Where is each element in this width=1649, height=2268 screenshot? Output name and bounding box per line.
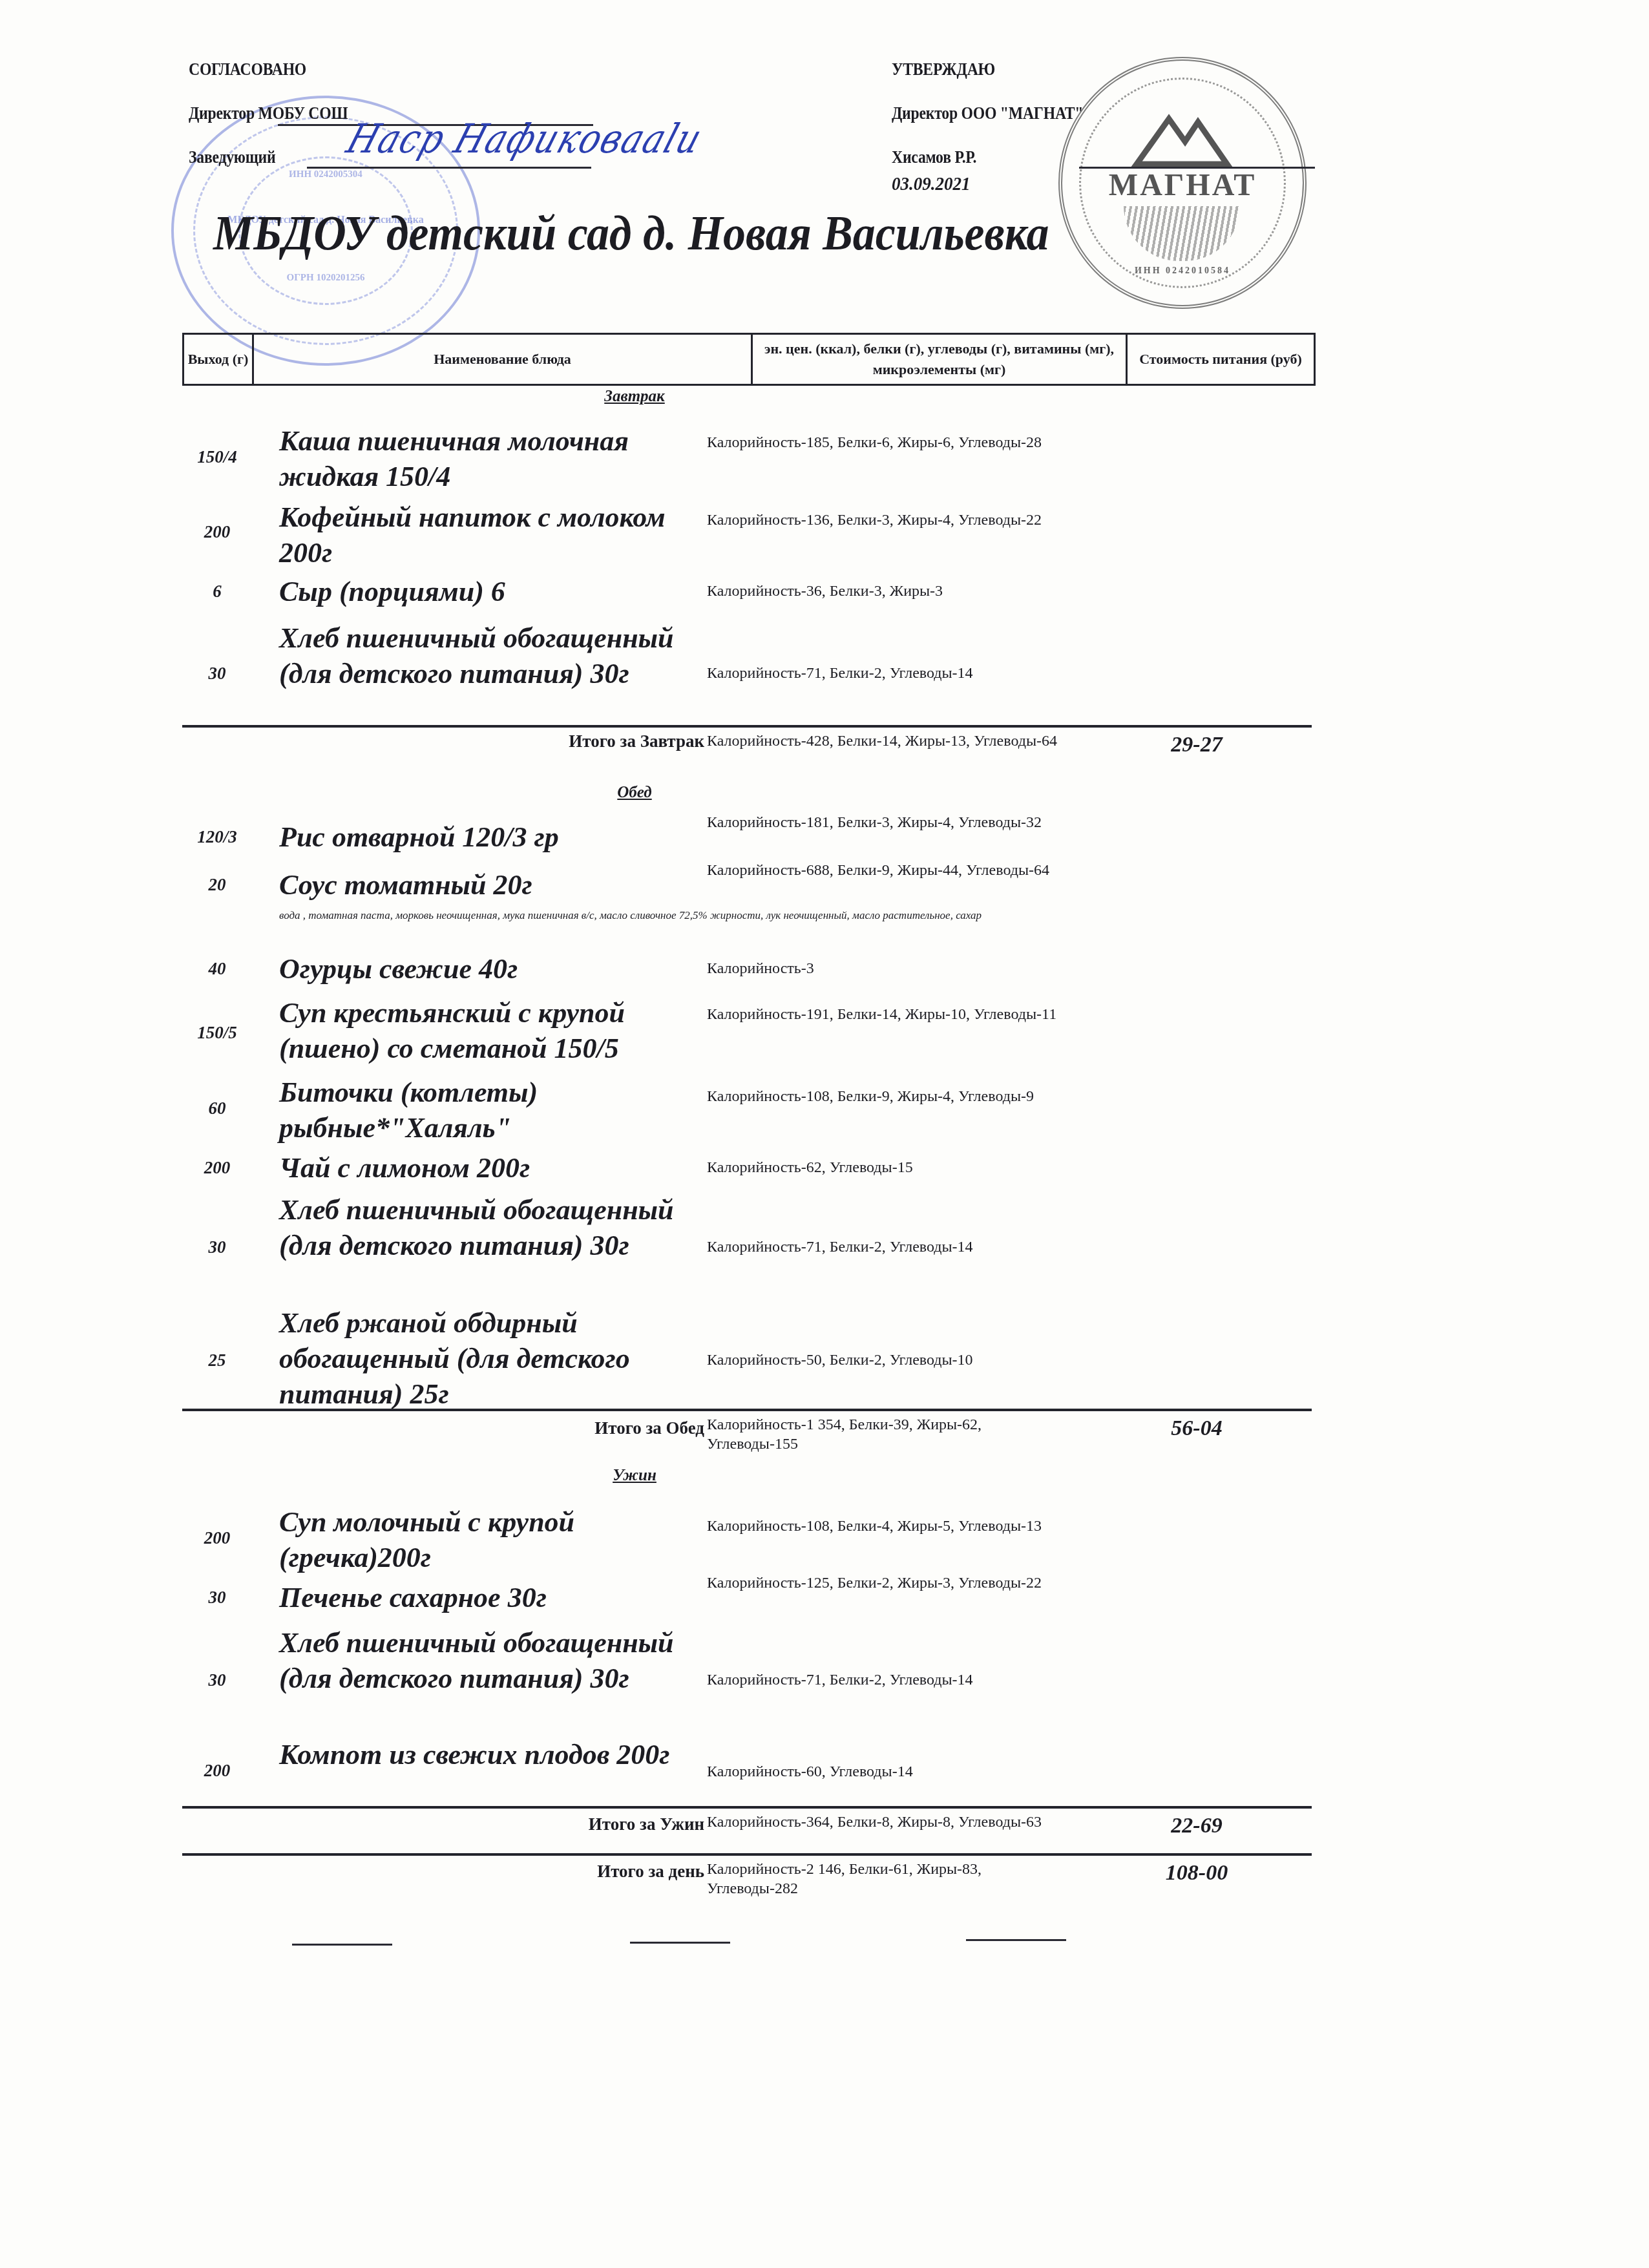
item-yield: 30: [182, 1237, 252, 1257]
section-title-lunch: Обед: [617, 784, 651, 802]
item-nutrition: Калорийность-125, Белки-2, Жиры-3, Углев…: [707, 1573, 1069, 1593]
section-divider: [182, 1806, 1312, 1809]
column-header-cost: Стоимость питания (руб): [1128, 335, 1314, 384]
company-stamp-logo-text: МАГНАТ: [1062, 167, 1303, 203]
section-divider: [182, 725, 1312, 728]
footer-signature-line-1: [292, 1944, 392, 1946]
item-dish-name: Суп молочный с крупой (гречка)200г: [279, 1504, 693, 1575]
item-dish-name: Биточки (котлеты) рыбные*"Халяль": [279, 1075, 693, 1146]
approval-date: 03.09.2021: [892, 173, 971, 195]
item-dish-name: Хлеб пшеничный обогащенный (для детского…: [279, 1192, 693, 1263]
item-nutrition: Калорийность-71, Белки-2, Углеводы-14: [707, 1237, 1069, 1257]
total-label: Итого за Обед: [594, 1418, 704, 1438]
section-title-breakfast: Завтрак: [604, 388, 665, 406]
section-divider: [182, 1409, 1312, 1411]
signature-line-left-2: [307, 167, 591, 169]
item-nutrition: Калорийность-181, Белки-3, Жиры-4, Углев…: [707, 813, 1069, 832]
footer-signature-line-2: [630, 1942, 730, 1944]
item-dish-name: Хлеб пшеничный обогащенный (для детского…: [279, 620, 693, 691]
item-dish-name: Огурцы свежие 40г: [279, 951, 693, 987]
footer-signature-line-3: [966, 1939, 1066, 1941]
item-dish-name: Рис отварной 120/3 гр: [279, 819, 693, 855]
item-nutrition: Калорийность-185, Белки-6, Жиры-6, Углев…: [707, 433, 1069, 452]
company-stamp: МАГНАТ ИНН 0242010584: [1058, 57, 1307, 309]
item-yield: 200: [182, 1528, 252, 1548]
menu-table-header: Выход (г) Наименование блюда эн. цен. (к…: [182, 333, 1316, 386]
item-nutrition: Калорийность-71, Белки-2, Углеводы-14: [707, 1670, 1069, 1690]
item-yield: 200: [182, 1158, 252, 1178]
page-title: МБДОУ детский сад д. Новая Васильевка: [213, 205, 1049, 262]
item-dish-name: Соус томатный 20г: [279, 867, 693, 903]
column-header-dish: Наименование блюда: [254, 335, 753, 384]
approval-heading-right: УТВЕРЖДАЮ: [892, 59, 995, 79]
item-yield: 40: [182, 959, 252, 979]
column-header-yield: Выход (г): [184, 335, 254, 384]
total-label: Итого за Ужин: [589, 1814, 704, 1834]
total-nutrition: Калорийность-364, Белки-8, Жиры-8, Углев…: [707, 1812, 1069, 1832]
total-cost: 22-69: [1132, 1814, 1261, 1838]
item-nutrition: Калорийность-60, Углеводы-14: [707, 1762, 1069, 1781]
item-yield: 25: [182, 1350, 252, 1370]
item-dish-name: Кофейный напиток с молоком 200г: [279, 499, 693, 571]
item-nutrition: Калорийность-191, Белки-14, Жиры-10, Угл…: [707, 1005, 1069, 1024]
item-nutrition: Калорийность-688, Белки-9, Жиры-44, Угле…: [707, 861, 1069, 880]
approver-role-left: Заведующий: [189, 147, 275, 167]
item-dish-name: Компот из свежих плодов 200г: [279, 1737, 693, 1772]
item-yield: 150/5: [182, 1023, 252, 1043]
item-yield: 30: [182, 1588, 252, 1608]
total-nutrition: Калорийность-1 354, Белки-39, Жиры-62, У…: [707, 1415, 1069, 1454]
item-dish-name: Хлеб ржаной обдирный обогащенный (для де…: [279, 1305, 693, 1412]
total-cost: 29-27: [1132, 733, 1261, 757]
item-dish-name: Сыр (порциями) 6: [279, 574, 693, 609]
day-total-divider: [182, 1853, 1312, 1856]
section-title-dinner: Ужин: [613, 1467, 656, 1485]
approval-heading-left: СОГЛАСОВАНО: [189, 59, 306, 79]
item-nutrition: Калорийность-50, Белки-2, Углеводы-10: [707, 1350, 1069, 1370]
day-total-nutrition: Калорийность-2 146, Белки-61, Жиры-83, У…: [707, 1860, 1069, 1898]
item-yield: 150/4: [182, 447, 252, 467]
item-yield: 30: [182, 1670, 252, 1690]
item-dish-name: Чай с лимоном 200г: [279, 1150, 693, 1186]
item-yield: 30: [182, 664, 252, 684]
item-nutrition: Калорийность-71, Белки-2, Углеводы-14: [707, 664, 1069, 683]
total-cost: 56-04: [1132, 1416, 1261, 1441]
total-nutrition: Калорийность-428, Белки-14, Жиры-13, Угл…: [707, 731, 1069, 751]
day-total-cost: 108-00: [1132, 1861, 1261, 1885]
item-yield: 200: [182, 1761, 252, 1781]
approver-position-left: Директор МОБУ СОШ: [189, 103, 348, 123]
signature-line-right: [1079, 167, 1315, 169]
item-dish-name: Хлеб пшеничный обогащенный (для детского…: [279, 1625, 693, 1696]
approver-position-right: Директор ООО "МАГНАТ": [892, 103, 1083, 123]
item-nutrition: Калорийность-108, Белки-9, Жиры-4, Углев…: [707, 1087, 1069, 1106]
item-yield: 120/3: [182, 827, 252, 847]
item-dish-name: Суп крестьянский с крупой (пшено) со сме…: [279, 995, 693, 1066]
item-dish-name: Печенье сахарное 30г: [279, 1580, 693, 1615]
item-nutrition: Калорийность-3: [707, 959, 1069, 978]
day-total-label: Итого за день: [597, 1862, 704, 1882]
item-dish-name: Каша пшеничная молочная жидкая 150/4: [279, 423, 693, 494]
item-nutrition: Калорийность-62, Углеводы-15: [707, 1158, 1069, 1177]
mountain-logo-icon: [1130, 109, 1234, 167]
item-yield: 20: [182, 875, 252, 895]
company-stamp-inn: ИНН 0242010584: [1062, 266, 1303, 277]
item-yield: 200: [182, 522, 252, 542]
item-nutrition: Калорийность-36, Белки-3, Жиры-3: [707, 582, 1069, 601]
item-nutrition: Калорийность-108, Белки-4, Жиры-5, Углев…: [707, 1517, 1069, 1536]
item-yield: 60: [182, 1098, 252, 1118]
school-stamp-ogrn: ОГРН 1020201256: [174, 273, 478, 284]
handwritten-signature: Наср Нафиковаalи: [341, 115, 708, 162]
column-header-nutrition: эн. цен. (ккал), белки (г), углеводы (г)…: [753, 335, 1128, 384]
school-stamp-inn: ИНН 0242005304: [174, 169, 478, 180]
item-yield: 6: [182, 582, 252, 602]
item-ingredients: вода , томатная паста, морковь неочищенн…: [279, 907, 1022, 924]
approver-name-right: Хисамов Р.Р.: [892, 147, 976, 167]
item-nutrition: Калорийность-136, Белки-3, Жиры-4, Углев…: [707, 510, 1069, 530]
total-label: Итого за Завтрак: [569, 731, 704, 751]
